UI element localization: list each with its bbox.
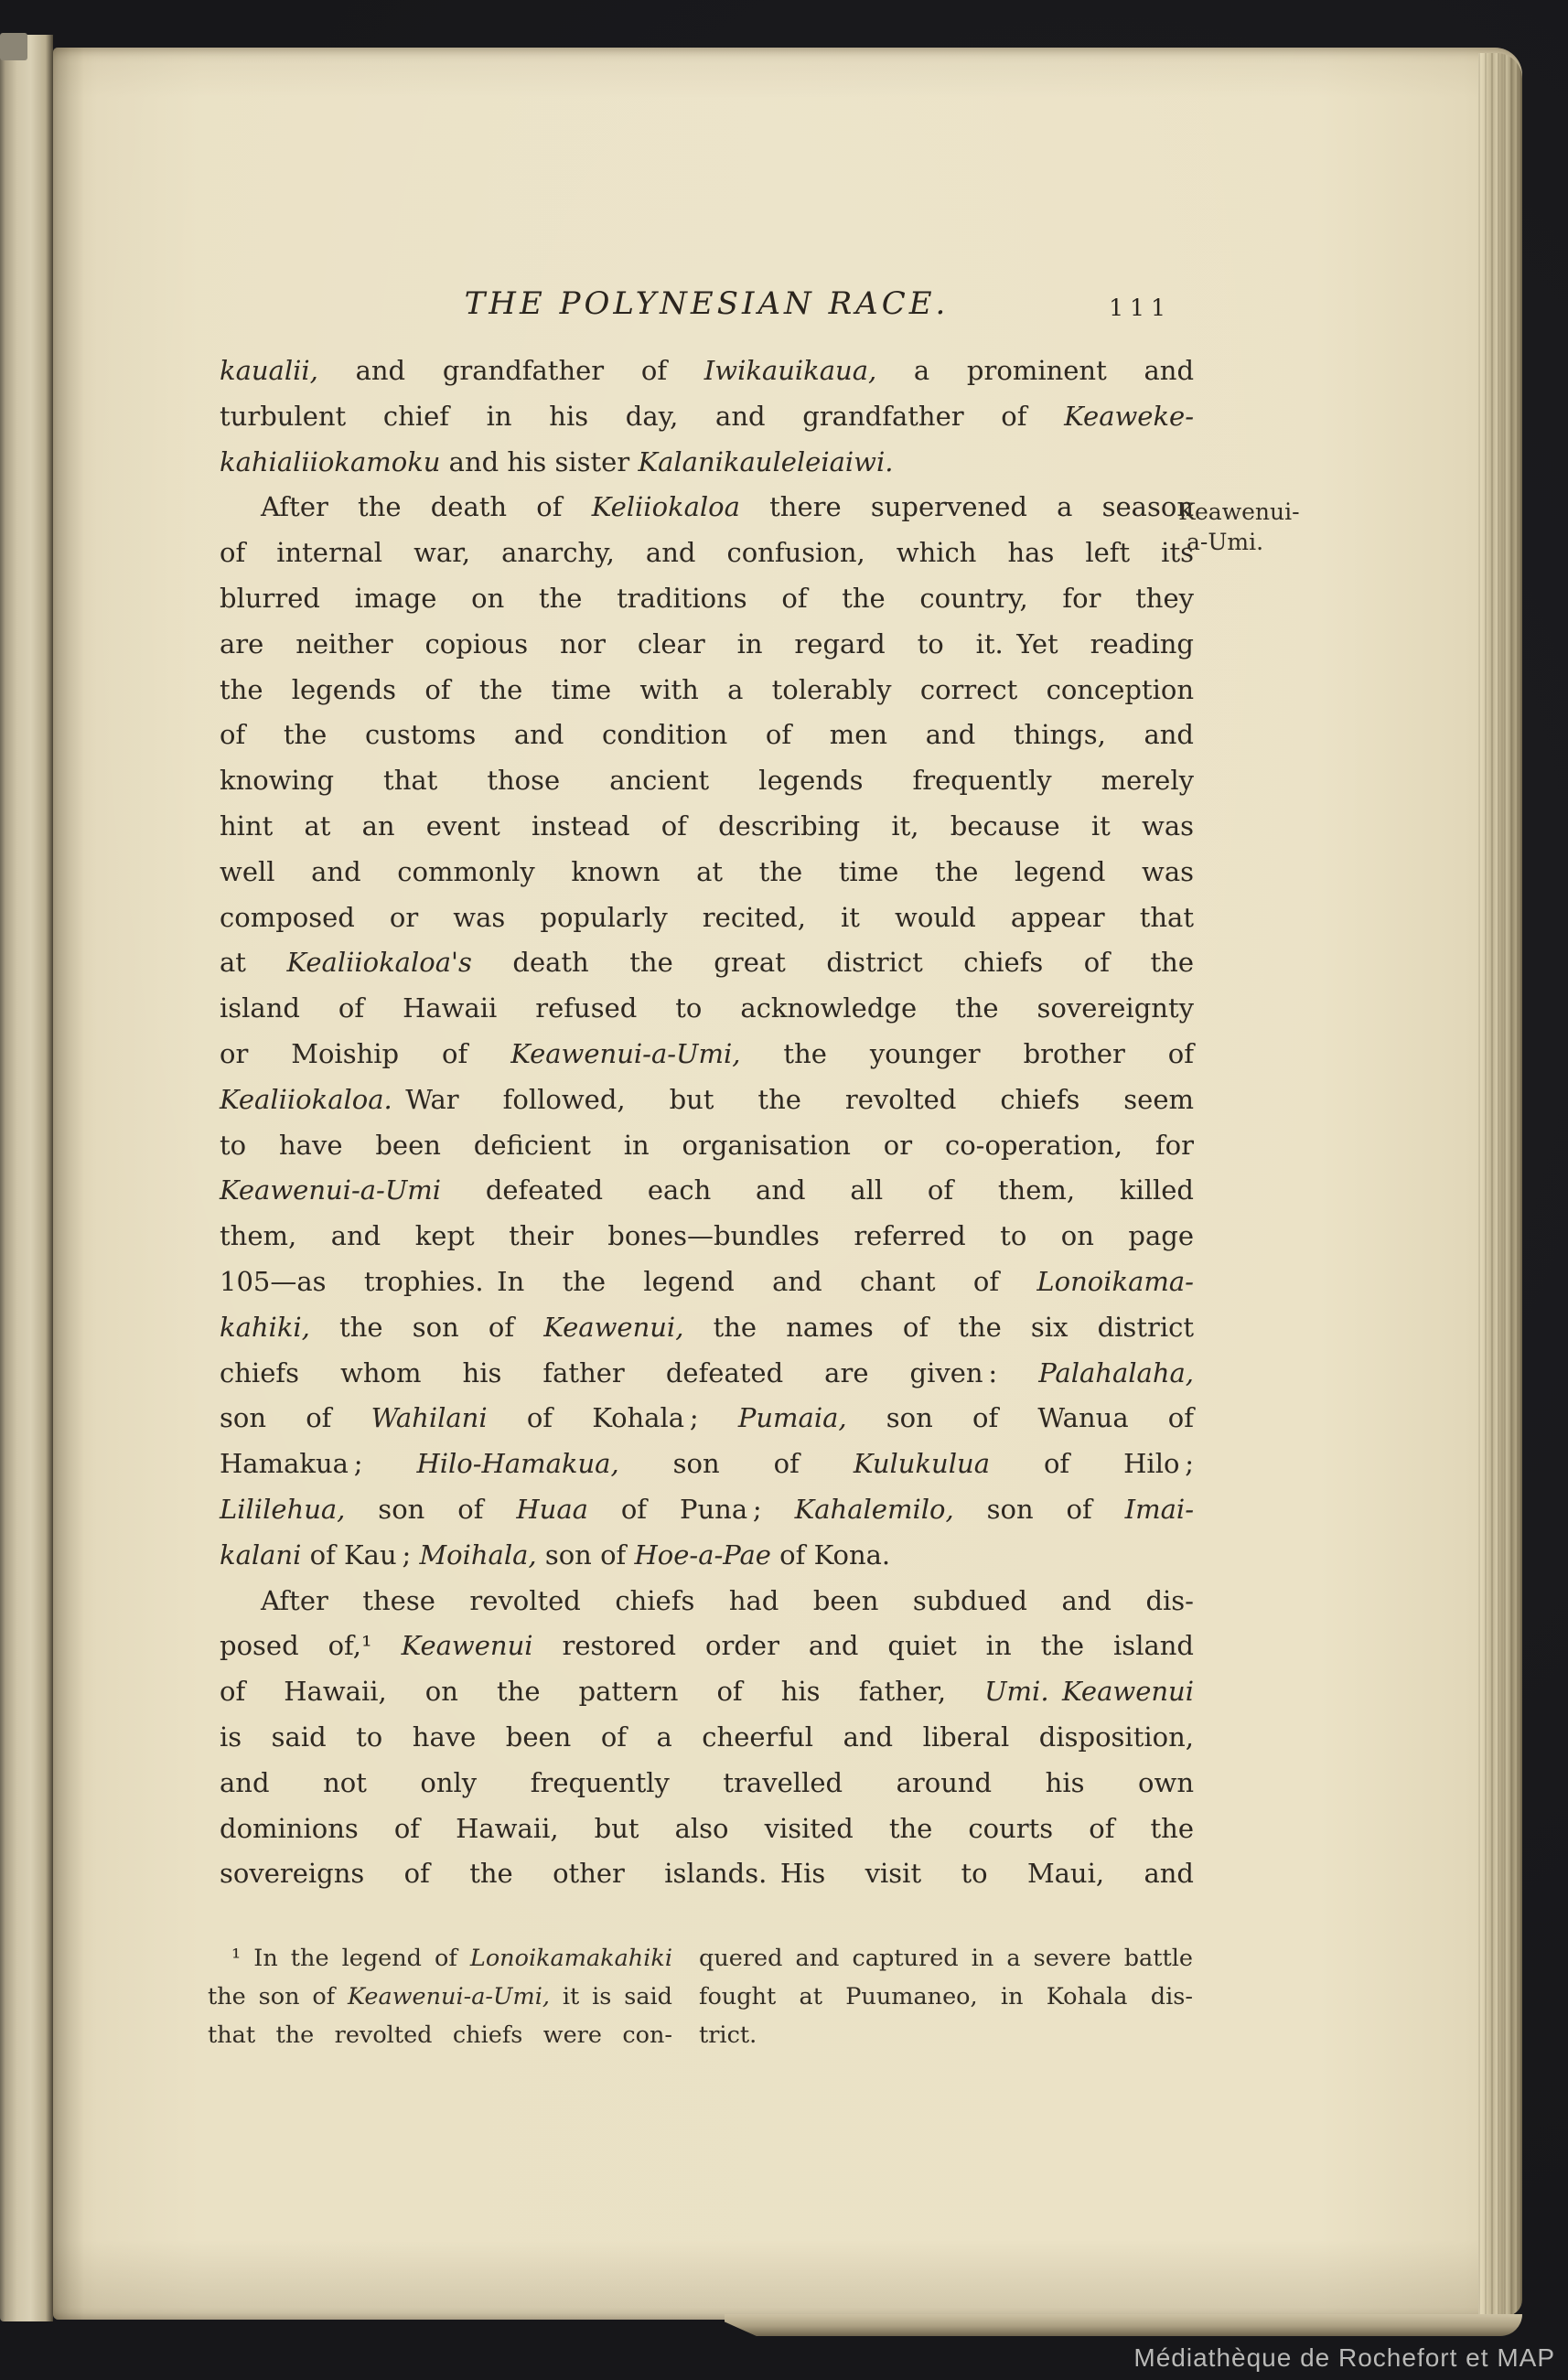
margin-note-line: a-Umi. [1178,527,1343,557]
text-line: blurred image on the traditions of the c… [220,576,1194,622]
text-line: After the death of Keliiokaloa there sup… [220,485,1194,531]
page-number: 111 [1109,295,1172,321]
text-line: quered and captured in a severe battle [699,1939,1193,1978]
text-line: or Moiship of Keawenui-a-Umi, the younge… [220,1032,1194,1077]
text-line: at Kealiiokaloa's death the great distri… [220,940,1194,986]
page-title: THE POLYNESIAN RACE. [220,285,1194,322]
margin-note-line: Keawenui- [1178,497,1343,527]
footnote: ¹ In the legend of Lonoikamakahikithe so… [208,1939,1196,2067]
footnote-column-2: quered and captured in a severe battlefo… [699,1939,1193,2054]
spine-cloth-corner [0,33,27,60]
text-line: posed of,¹ Keawenui restored order and q… [220,1624,1194,1669]
text-line: son of Wahilani of Kohala ; Pumaia, son … [220,1396,1194,1442]
text-line: of the customs and condition of men and … [220,713,1194,758]
text-line: island of Hawaii refused to acknowledge … [220,986,1194,1032]
text-line: Lililehua, son of Huaa of Puna ; Kahalem… [220,1487,1194,1533]
text-line: trict. [699,2016,1193,2054]
text-line: the legends of the time with a tolerably… [220,668,1194,713]
text-line: kahialiiokamoku and his sister Kalanikau… [220,440,1194,486]
text-line: to have been deficient in organisation o… [220,1123,1194,1169]
text-line: 105—as trophies. In the legend and chant… [220,1260,1194,1305]
text-line: turbulent chief in his day, and grandfat… [220,394,1194,440]
book-page: THE POLYNESIAN RACE. 111 kaualii, and gr… [53,48,1522,2320]
scanned-book-photo: THE POLYNESIAN RACE. 111 kaualii, and gr… [0,0,1568,2380]
bottom-edge-page-stack [725,2314,1522,2336]
text-line: sovereigns of the other islands. His vis… [220,1851,1194,1897]
margin-note: Keawenui-a-Umi. [1178,497,1343,557]
text-line: knowing that those ancient legends frequ… [220,758,1194,804]
text-line: is said to have been of a cheerful and l… [220,1715,1194,1761]
gutter-page-edge [0,35,53,2321]
fore-edge-page-stack [1478,53,1522,2316]
text-line: fought at Puumaneo, in Kohala dis- [699,1978,1193,2016]
text-line: chiefs whom his father defeated are give… [220,1351,1194,1397]
text-line: kalani of Kau ; Moihala, son of Hoe-a-Pa… [220,1533,1194,1579]
text-line: Hamakua ; Hilo-Hamakua, son of Kulukulua… [220,1442,1194,1487]
text-line: of Hawaii, on the pattern of his father,… [220,1669,1194,1715]
text-line: ¹ In the legend of Lonoikamakahiki [208,1939,672,1978]
text-line: composed or was popularly recited, it wo… [220,895,1194,941]
text-line: the son of Keawenui-a-Umi, it is said [208,1978,672,2016]
body-text: kaualii, and grandfather of Iwikauikaua,… [220,348,1194,1897]
text-line: and not only frequently travelled around… [220,1761,1194,1806]
running-header: THE POLYNESIAN RACE. 111 [220,285,1194,327]
text-line: Kealiiokaloa. War followed, but the revo… [220,1077,1194,1123]
text-line: are neither copious nor clear in regard … [220,622,1194,668]
text-line: kahiki, the son of Keawenui, the names o… [220,1305,1194,1351]
text-line: of internal war, anarchy, and confusion,… [220,531,1194,576]
text-line: kaualii, and grandfather of Iwikauikaua,… [220,348,1194,394]
text-line: hint at an event instead of describing i… [220,804,1194,850]
text-line: well and commonly known at the time the … [220,850,1194,895]
text-line: Keawenui-a-Umi defeated each and all of … [220,1168,1194,1214]
text-line: that the revolted chiefs were con- [208,2016,672,2054]
text-line: them, and kept their bones—bundles refer… [220,1214,1194,1260]
footnote-column-1: ¹ In the legend of Lonoikamakahikithe so… [208,1939,672,2054]
text-line: After these revolted chiefs had been sub… [220,1579,1194,1624]
text-line: dominions of Hawaii, but also visited th… [220,1806,1194,1852]
library-watermark: Médiathèque de Rochefort et MAP [1133,2343,1555,2373]
